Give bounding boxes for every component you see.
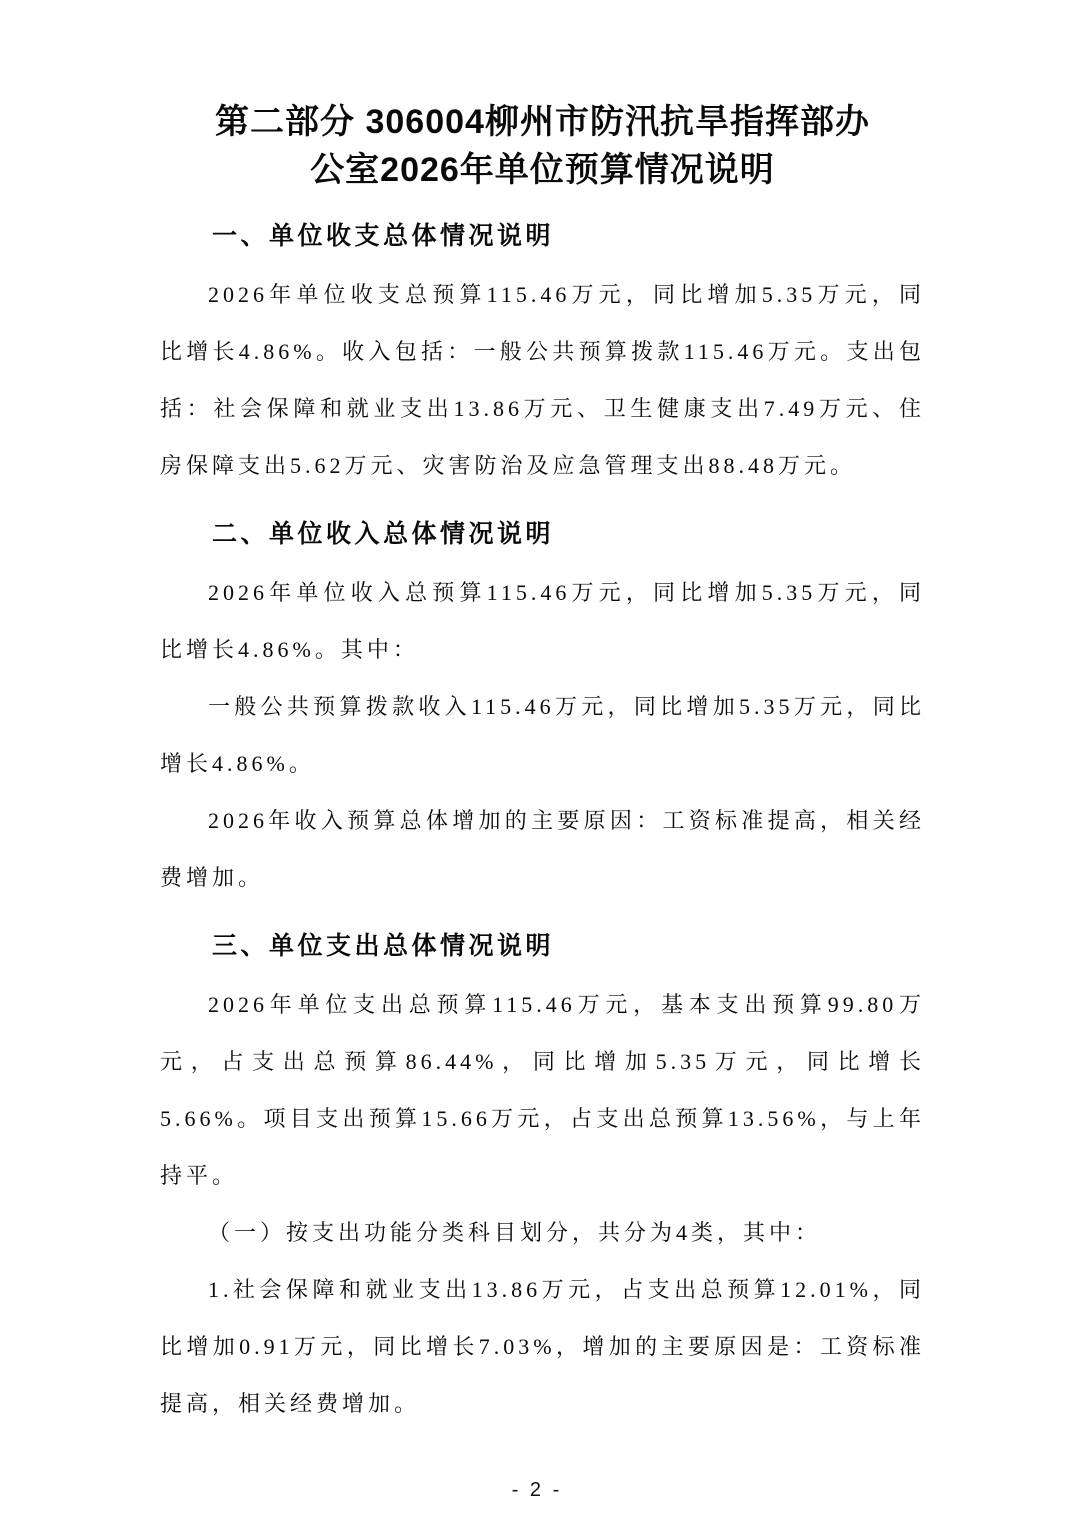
section-heading-expenditure: 三、单位支出总体情况说明 bbox=[160, 928, 925, 964]
paragraph: 2026年单位收支总预算115.46万元，同比增加5.35万元，同比增长4.86… bbox=[160, 266, 925, 494]
section-income: 二、单位收入总体情况说明 2026年单位收入总预算115.46万元，同比增加5.… bbox=[160, 516, 925, 906]
paragraph: 2026年单位支出总预算115.46万元，基本支出预算99.80万元，占支出总预… bbox=[160, 976, 925, 1204]
paragraph: 2026年收入预算总体增加的主要原因：工资标准提高，相关经费增加。 bbox=[160, 792, 925, 906]
document-title-line2: 公室2026年单位预算情况说明 bbox=[310, 151, 775, 189]
section-heading-overview: 一、单位收支总体情况说明 bbox=[160, 218, 925, 254]
section-heading-income: 二、单位收入总体情况说明 bbox=[160, 516, 925, 552]
paragraph: （一）按支出功能分类科目划分，共分为4类，其中： bbox=[160, 1204, 925, 1261]
document-page: 第二部分 306004柳州市防汛抗旱指挥部办 公室2026年单位预算情况说明 一… bbox=[0, 0, 1074, 1520]
section-overview: 一、单位收支总体情况说明 2026年单位收支总预算115.46万元，同比增加5.… bbox=[160, 218, 925, 494]
paragraph: 2026年单位收入总预算115.46万元，同比增加5.35万元，同比增长4.86… bbox=[160, 564, 925, 678]
paragraph: 1.社会保障和就业支出13.86万元，占支出总预算12.01%，同比增加0.91… bbox=[160, 1261, 925, 1432]
paragraph: 一般公共预算拨款收入115.46万元，同比增加5.35万元，同比增长4.86%。 bbox=[160, 678, 925, 792]
page-number: - 2 - bbox=[0, 1479, 1074, 1502]
document-title-line1: 第二部分 306004柳州市防汛抗旱指挥部办 bbox=[215, 103, 870, 141]
section-expenditure: 三、单位支出总体情况说明 2026年单位支出总预算115.46万元，基本支出预算… bbox=[160, 928, 925, 1432]
document-title: 第二部分 306004柳州市防汛抗旱指挥部办 公室2026年单位预算情况说明 bbox=[160, 98, 925, 194]
